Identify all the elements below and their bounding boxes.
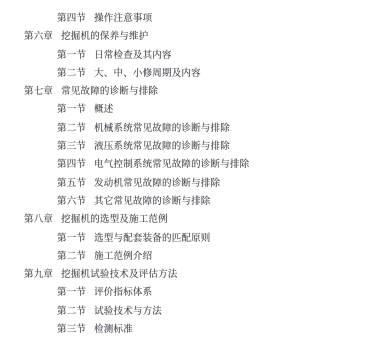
toc-entry-title: 发动机常见故障的诊断与排除 [94,179,220,189]
toc-entry-label: 第二节 [57,124,86,134]
toc-entry-label: 第一节 [57,105,86,115]
toc-entry-label: 第九章 [24,270,53,280]
toc-entry-label: 第六节 [57,197,86,207]
toc-entry-title: 概述 [94,105,113,115]
toc-entry-label: 第一节 [57,234,86,244]
toc-entry-title: 检测标准 [94,325,133,335]
toc-entry-section: 第二节大、中、小修周期及内容 [0,65,376,83]
toc-entry-chapter: 第六章挖掘机的保养与维护 [0,28,376,46]
toc-entry-chapter: 第九章挖掘机试验技术及评估方法 [0,266,376,284]
toc-entry-label: 第六章 [24,32,53,42]
toc-entry-label: 第一节 [57,51,86,61]
toc-entry-section: 第一节日常检查及其内容 [0,47,376,65]
toc-entry-title: 大、中、小修周期及内容 [94,69,201,79]
toc-entry-title: 挖掘机的选型及施工范例 [61,215,168,225]
toc-entry-title: 试验技术与方法 [94,307,162,317]
toc-entry-section: 第六节其它常见故障的诊断与排除 [0,193,376,211]
toc-entry-section: 第一节概述 [0,101,376,119]
toc-entry-section: 第五节发动机常见故障的诊断与排除 [0,175,376,193]
toc-entry-label: 第二节 [57,69,86,79]
toc-entry-section: 第一节评价指标体系 [0,284,376,302]
toc-entry-section: 第四节电气控制系统常见故障的诊断与排除 [0,156,376,174]
toc-entry-title: 电气控制系统常见故障的诊断与排除 [94,160,249,170]
toc-entry-label: 第七章 [24,87,53,97]
toc-entry-title: 操作注意事项 [94,14,152,24]
toc-entry-label: 第三节 [57,325,86,335]
toc-entry-label: 第二节 [57,252,86,262]
toc-entry-section: 第三节液压系统常见故障的诊断与排除 [0,138,376,156]
toc-entry-label: 第四节 [57,160,86,170]
toc-entry-title: 机械系统常见故障的诊断与排除 [94,124,230,134]
toc-entry-section: 第二节施工范例介绍 [0,248,376,266]
toc-entry-chapter: 第八章挖掘机的选型及施工范例 [0,211,376,229]
toc-entry-label: 第三节 [57,142,86,152]
toc-entry-section: 第四节操作注意事项 [0,10,376,28]
toc-entry-title: 选型与配套装备的匹配原则 [94,234,210,244]
toc-entry-label: 第四节 [57,14,86,24]
toc-entry-title: 液压系统常见故障的诊断与排除 [94,142,230,152]
toc-entry-chapter: 第七章常见故障的诊断与排除 [0,83,376,101]
toc-entry-title: 其它常见故障的诊断与排除 [94,197,210,207]
toc-entry-label: 第二节 [57,307,86,317]
table-of-contents: 第四节操作注意事项第六章挖掘机的保养与维护第一节日常检查及其内容第二节大、中、小… [0,10,376,339]
toc-entry-title: 挖掘机的保养与维护 [61,32,148,42]
document-page: 第四节操作注意事项第六章挖掘机的保养与维护第一节日常检查及其内容第二节大、中、小… [0,0,376,360]
toc-entry-label: 第一节 [57,288,86,298]
toc-entry-section: 第三节检测标准 [0,321,376,339]
toc-entry-section: 第二节试验技术与方法 [0,303,376,321]
toc-entry-section: 第二节机械系统常见故障的诊断与排除 [0,120,376,138]
toc-entry-title: 施工范例介绍 [94,252,152,262]
toc-entry-title: 挖掘机试验技术及评估方法 [61,270,177,280]
toc-entry-title: 评价指标体系 [94,288,152,298]
toc-entry-title: 常见故障的诊断与排除 [61,87,158,97]
toc-entry-section: 第一节选型与配套装备的匹配原则 [0,230,376,248]
toc-entry-label: 第五节 [57,179,86,189]
toc-entry-title: 日常检查及其内容 [94,51,172,61]
toc-entry-label: 第八章 [24,215,53,225]
